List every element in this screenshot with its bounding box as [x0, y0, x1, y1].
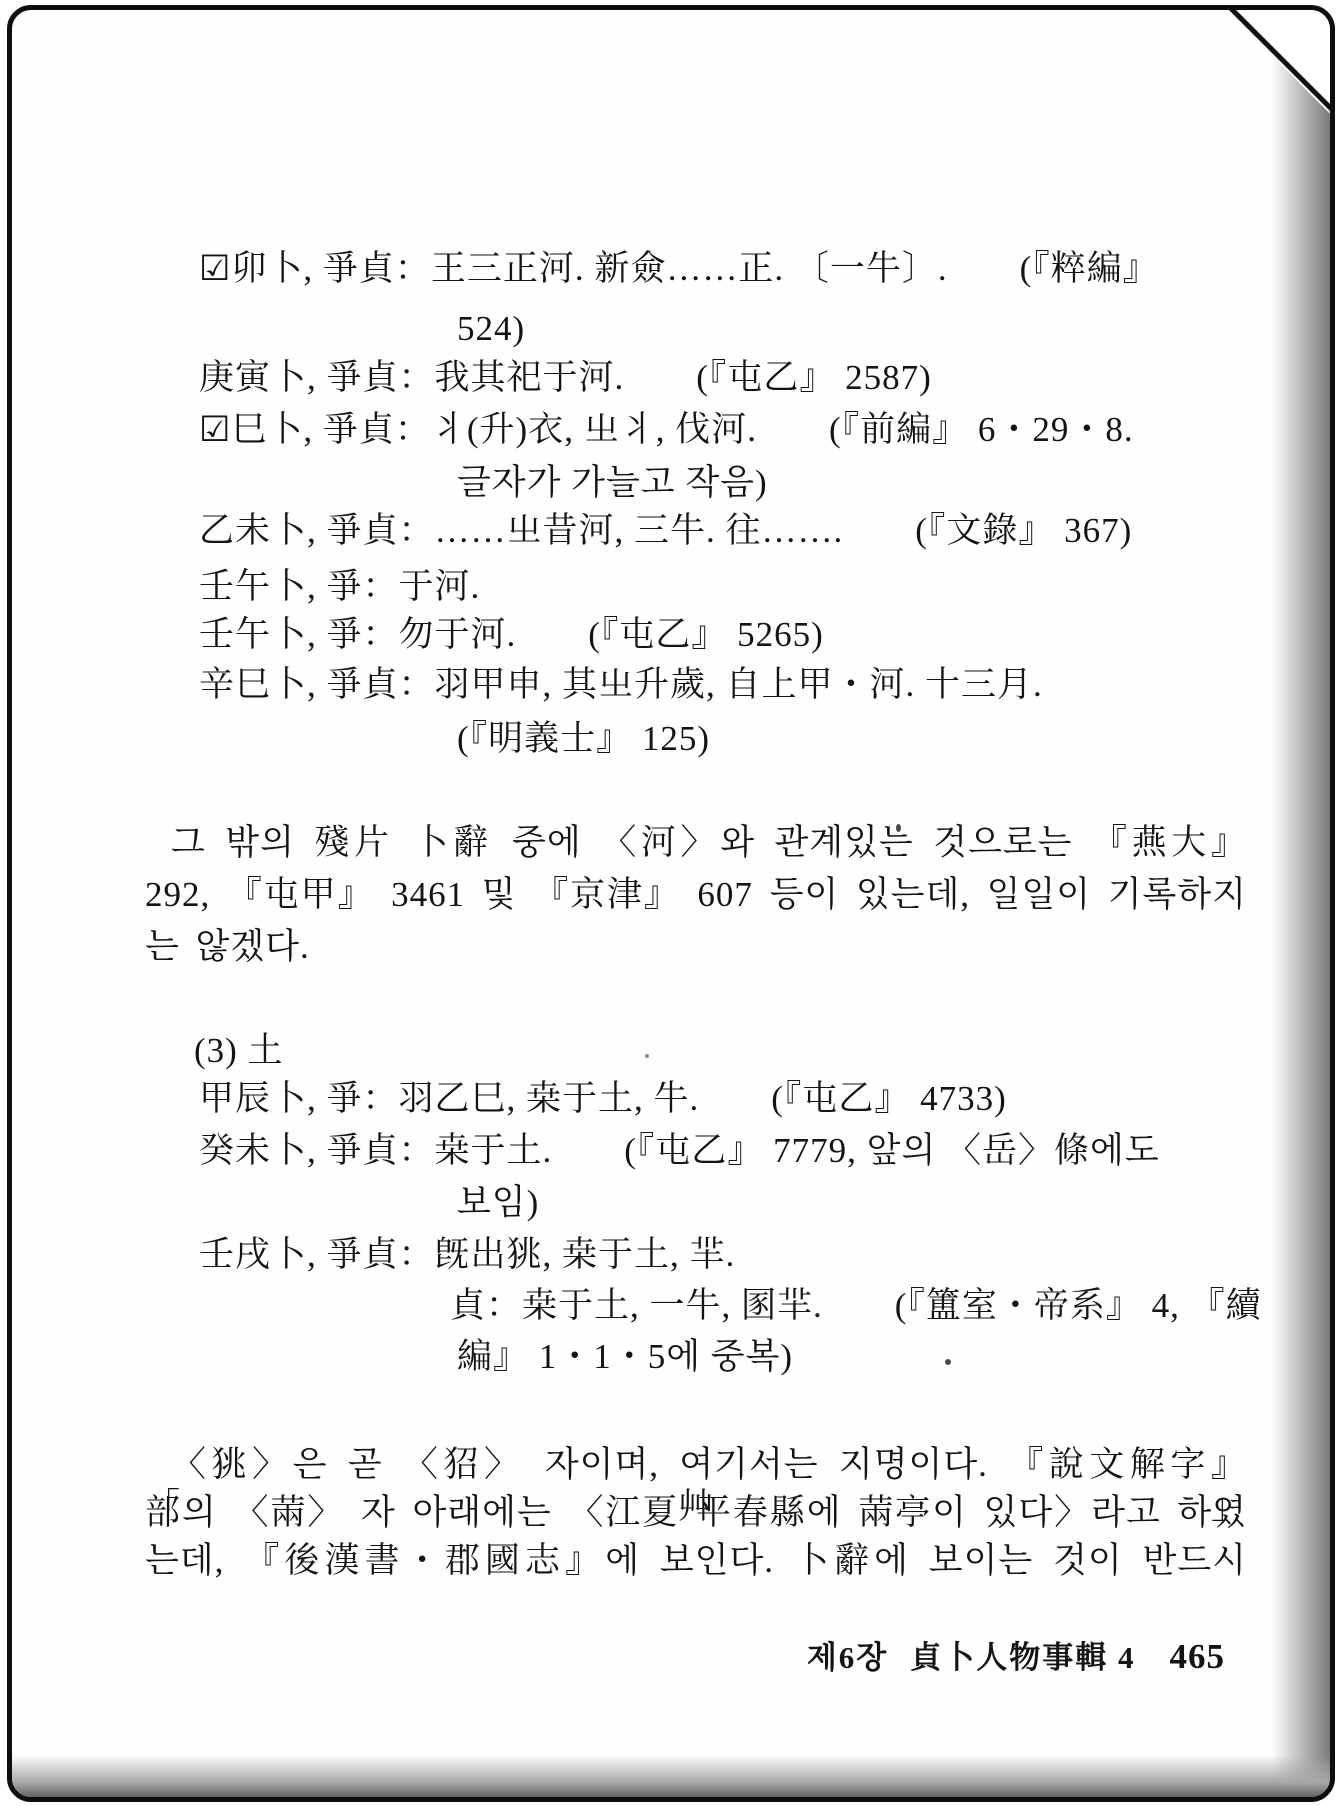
oracle-quote-continuation: 貞：桒于土, 一牛, 圂羋. (『簠室・帝系』 4, 『續 [450, 1285, 1262, 1327]
section-heading: (3) 土 [194, 1030, 284, 1072]
paragraph-line: 는데, 『後漢書・郡國志』에 보인다. 卜辭에 보이는 것이 반드시 [145, 1540, 1247, 1582]
paragraph-line: 292, 『屯甲』 3461 및 『京津』 607 등이 있는데, 일일이 기록… [145, 874, 1247, 916]
oracle-quote-line: 壬戌卜, 爭貞：旣出狣, 桒于土, 羋. [199, 1234, 735, 1276]
oracle-quote-continuation: 524) [457, 308, 525, 350]
oracle-quote-line: 甲辰卜, 爭：羽乙巳, 桒于土, 牛. (『屯乙』 4733) [199, 1078, 1007, 1120]
oracle-quote-continuation: 보임) [457, 1182, 539, 1224]
paragraph-line: 그 밖의 殘片 卜辭 중에 〈河〉와 관계있는 것으로는 『燕大』 [145, 822, 1247, 864]
footer-title: 貞卜人物事輯 4 [910, 1640, 1135, 1675]
scanned-book-page: ☑卯卜, 爭貞：王三正河. 新僉……正. 〔一牛〕. (『粹編』 524) 庚寅… [0, 0, 1342, 1806]
scan-speck [945, 1359, 951, 1365]
oracle-quote-continuation: (『明義士』 125) [457, 718, 710, 760]
footer-page-number: 465 [1170, 1637, 1226, 1676]
oracle-quote-continuation: 編』 1・1・5에 중복) [457, 1336, 793, 1378]
page-edge-shadow-bottom [12, 1755, 1330, 1797]
paragraph-line: 部의 〈䓣〉 자 아래에는 〈江夏 平春縣에 䓣亭이 있다〉라고 하였 [145, 1492, 1247, 1534]
oracle-quote-line: ☑巳卜, 爭貞：丬(升)衣, 㞢丬, 伐河. (『前編』 6・29・8. [199, 409, 1134, 451]
oracle-quote-line: ☑卯卜, 爭貞：王三正河. 新僉……正. 〔一牛〕. (『粹編』 [199, 248, 1159, 290]
page-footer: 제6장 貞卜人物事輯 4 465 [807, 1632, 1225, 1677]
scan-speck [896, 824, 901, 832]
oracle-quote-line: 癸未卜, 爭貞：桒于土. (『屯乙』 7779, 앞의 〈岳〉條에도 [199, 1130, 1160, 1172]
oracle-quote-line: 乙未卜, 爭貞：……㞢昔河, 三牛. 往……. (『文錄』 367) [199, 510, 1132, 552]
page-frame: ☑卯卜, 爭貞：王三正河. 新僉……正. 〔一牛〕. (『粹編』 524) 庚寅… [7, 5, 1335, 1802]
oracle-quote-continuation: 글자가 가늘고 작음) [457, 462, 768, 504]
oracle-quote-line: 壬午卜, 爭：勿于河. (『屯乙』 5265) [199, 614, 824, 656]
oracle-quote-line: 辛巳卜, 爭貞：羽甲申, 其㞢升歲, 自上甲・河. 十三月. [199, 664, 1043, 706]
page-edge-shadow-right [1272, 10, 1330, 1797]
oracle-quote-line: 庚寅卜, 爭貞：我其祀于河. (『屯乙』 2587) [199, 357, 932, 399]
scan-speck [645, 1054, 649, 1058]
oracle-quote-line: 壬午卜, 爭：于河. [199, 566, 480, 608]
footer-chapter: 제6장 [807, 1640, 888, 1675]
paragraph-line: 는 않겠다. [145, 926, 1247, 968]
